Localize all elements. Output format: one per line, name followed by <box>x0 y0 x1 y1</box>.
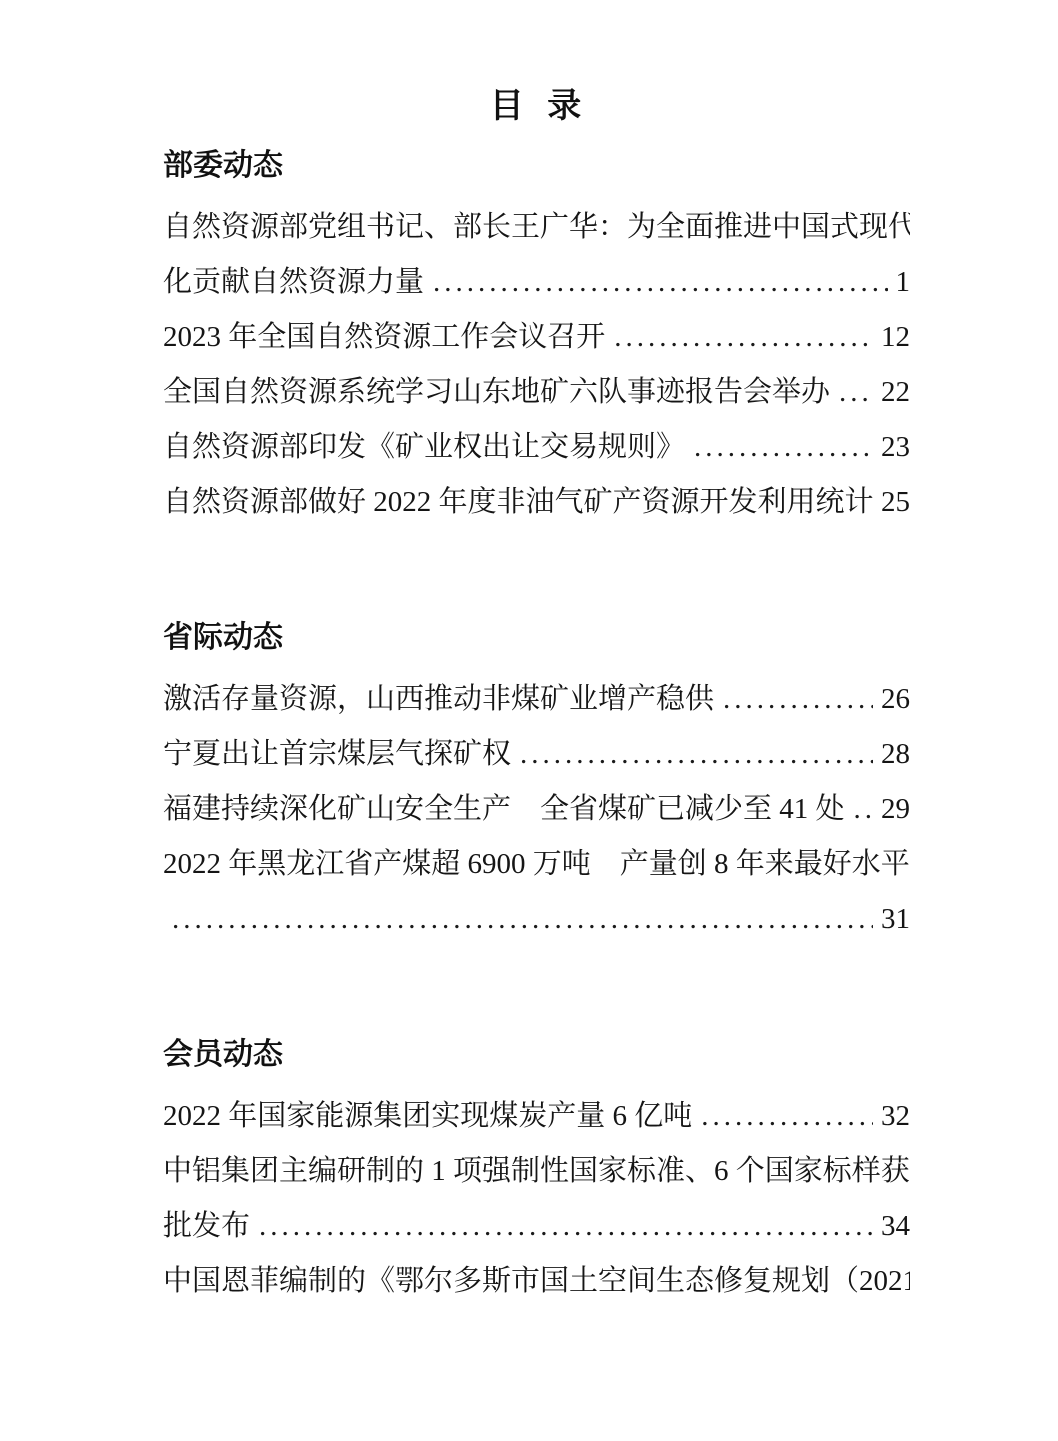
toc-entry: 中国恩菲编制的《鄂尔多斯市国土空间生态修复规划（2021- <box>163 1254 910 1309</box>
page-number: 28 <box>881 727 910 782</box>
page-number: 22 <box>881 365 910 420</box>
page-number: 26 <box>881 672 910 727</box>
dot-leader: ........................................… <box>520 727 873 782</box>
toc-entry: 自然资源部做好 2022 年度非油气矿产资源开发利用统计 25 <box>163 475 910 530</box>
page-title: 目 录 <box>163 86 910 126</box>
entry-text: 中铝集团主编研制的 1 项强制性国家标准、6 个国家标样获 <box>163 1144 910 1199</box>
page-number: 12 <box>881 310 910 365</box>
page-number: 31 <box>881 892 910 947</box>
entry-text: 批发布 <box>163 1199 250 1254</box>
section-heading: 省际动态 <box>163 618 910 658</box>
document-page: 目 录 部委动态 自然资源部党组书记、部长王广华：为全面推进中国式现代 化贡献自… <box>0 0 1058 1441</box>
toc-entry: 全国自然资源系统学习山东地矿六队事迹报告会举办 ................… <box>163 365 910 420</box>
toc-entry-line: 自然资源部党组书记、部长王广华：为全面推进中国式现代 <box>163 200 910 255</box>
toc-entry: 2022 年黑龙江省产煤超 6900 万吨 产量创 8 年来最好水平 .....… <box>163 837 910 947</box>
toc-entry: 自然资源部党组书记、部长王广华：为全面推进中国式现代 化贡献自然资源力量 ...… <box>163 200 910 310</box>
dot-leader: ........................................… <box>614 310 873 365</box>
page-number: 1 <box>896 255 911 310</box>
toc-entries: 自然资源部党组书记、部长王广华：为全面推进中国式现代 化贡献自然资源力量 ...… <box>163 200 910 530</box>
toc-entry-line: 中铝集团主编研制的 1 项强制性国家标准、6 个国家标样获 <box>163 1144 910 1199</box>
toc-entry: 宁夏出让首宗煤层气探矿权 ...........................… <box>163 727 910 782</box>
entry-text: 激活存量资源，山西推动非煤矿业增产稳供 <box>163 672 714 727</box>
dot-leader: ........................................… <box>172 892 873 947</box>
entry-text: 福建持续深化矿山安全生产 全省煤矿已减少至 41 处 <box>163 782 845 837</box>
toc-entry-line: ........................................… <box>163 892 910 947</box>
toc-entry: 福建持续深化矿山安全生产 全省煤矿已减少至 41 处 .............… <box>163 782 910 837</box>
toc-entry: 激活存量资源，山西推动非煤矿业增产稳供 ....................… <box>163 672 910 727</box>
entry-text: 2022 年黑龙江省产煤超 6900 万吨 产量创 8 年来最好水平 <box>163 837 910 892</box>
page-number: 23 <box>881 420 910 475</box>
page-number: 34 <box>881 1199 910 1254</box>
toc-section-ministry: 部委动态 自然资源部党组书记、部长王广华：为全面推进中国式现代 化贡献自然资源力… <box>163 146 910 530</box>
entry-text: 2023 年全国自然资源工作会议召开 <box>163 310 605 365</box>
dot-leader: ........................................… <box>694 420 873 475</box>
page-number: 29 <box>881 782 910 837</box>
entry-text: 自然资源部做好 2022 年度非油气矿产资源开发利用统计 <box>163 475 874 530</box>
entry-text: 宁夏出让首宗煤层气探矿权 <box>163 727 511 782</box>
section-heading: 部委动态 <box>163 146 910 186</box>
dot-leader: ........................................… <box>839 365 873 420</box>
dot-leader: ........................................… <box>723 672 873 727</box>
toc-entries: 2022 年国家能源集团实现煤炭产量 6 亿吨 ................… <box>163 1089 910 1309</box>
toc-entry: 2022 年国家能源集团实现煤炭产量 6 亿吨 ................… <box>163 1089 910 1144</box>
entry-text: 全国自然资源系统学习山东地矿六队事迹报告会举办 <box>163 365 830 420</box>
entry-text: 中国恩菲编制的《鄂尔多斯市国土空间生态修复规划（2021- <box>163 1254 910 1309</box>
toc-section-members: 会员动态 2022 年国家能源集团实现煤炭产量 6 亿吨 ...........… <box>163 1035 910 1309</box>
toc-entry: 2023 年全国自然资源工作会议召开 .....................… <box>163 310 910 365</box>
toc-entry: 自然资源部印发《矿业权出让交易规则》 .....................… <box>163 420 910 475</box>
toc-entries: 激活存量资源，山西推动非煤矿业增产稳供 ....................… <box>163 672 910 947</box>
toc-entry-line: 2022 年黑龙江省产煤超 6900 万吨 产量创 8 年来最好水平 <box>163 837 910 892</box>
dot-leader: ........................................… <box>701 1089 873 1144</box>
entry-text: 自然资源部印发《矿业权出让交易规则》 <box>163 420 685 475</box>
dot-leader: ........................................… <box>433 255 887 310</box>
dot-leader: ........................................… <box>854 782 873 837</box>
toc-entry: 中铝集团主编研制的 1 项强制性国家标准、6 个国家标样获 批发布 ......… <box>163 1144 910 1254</box>
entry-text: 化贡献自然资源力量 <box>163 255 424 310</box>
page-number: 25 <box>881 475 910 530</box>
entry-text: 自然资源部党组书记、部长王广华：为全面推进中国式现代 <box>163 200 910 255</box>
section-heading: 会员动态 <box>163 1035 910 1075</box>
toc-entry-line: 化贡献自然资源力量 ..............................… <box>163 255 910 310</box>
toc-entry-line: 批发布 ....................................… <box>163 1199 910 1254</box>
toc-section-provincial: 省际动态 激活存量资源，山西推动非煤矿业增产稳供 ...............… <box>163 618 910 947</box>
page-number: 32 <box>881 1089 910 1144</box>
entry-text: 2022 年国家能源集团实现煤炭产量 6 亿吨 <box>163 1089 692 1144</box>
dot-leader: ........................................… <box>259 1199 873 1254</box>
